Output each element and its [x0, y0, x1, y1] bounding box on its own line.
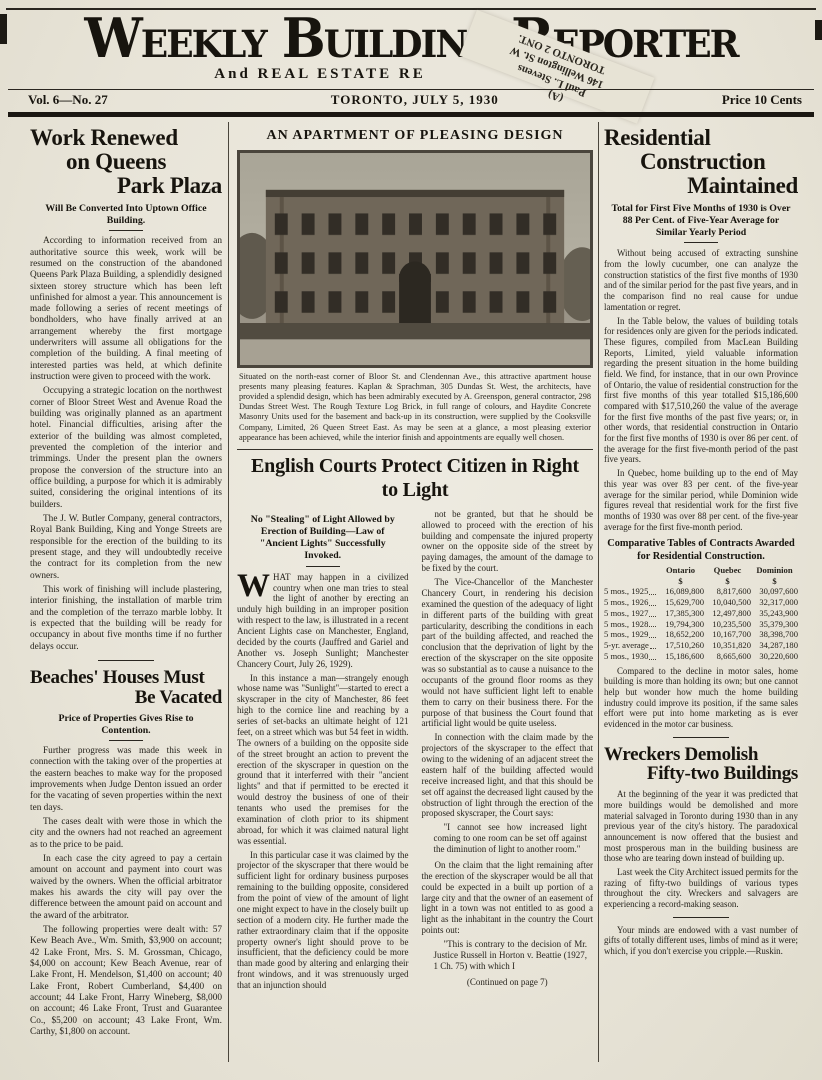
article-subhead: Price of Properties Gives Rise to Conten… — [36, 713, 216, 737]
paragraph: Further progress was made this week in c… — [30, 746, 222, 814]
subhead-rule — [109, 740, 143, 741]
paragraph: Compared to the decline in motor sales, … — [604, 666, 798, 730]
volume-number: Vol. 6—No. 27 — [28, 92, 108, 108]
table-row: 5 mos., 1928 19,794,300 10,235,500 35,37… — [604, 619, 798, 630]
price: Price 10 Cents — [722, 92, 802, 108]
table-row: 5 mos., 1925 16,089,800 8,817,600 30,097… — [604, 586, 798, 597]
paragraph: This work of finishing will include plas… — [30, 585, 222, 653]
left-column: Work Renewed on Queens Park Plaza Will B… — [30, 126, 222, 1080]
article-divider — [673, 737, 729, 738]
table-row: 5-yr. average 17,510,260 10,351,820 34,2… — [604, 640, 798, 651]
paragraph: Without being accused of extracting suns… — [604, 248, 798, 312]
article-beaches-houses: Beaches' Houses Must Be Vacated Price of… — [30, 668, 222, 1038]
column-rule-right — [598, 122, 599, 1062]
contracts-table: Ontario Quebec Dominion $ $ $ 5 mos., 19… — [604, 565, 798, 662]
subhead-rule — [684, 242, 718, 243]
column-rule-left — [228, 122, 229, 1062]
paragraph: In connection with the claim made by the… — [422, 732, 594, 819]
apartment-photo — [237, 150, 593, 368]
article-headline: Beaches' Houses Must Be Vacated — [30, 668, 222, 708]
article-subcolumn-2: not be granted, but that he should be al… — [422, 509, 594, 994]
paragraph: The following properties were dealt with… — [30, 925, 222, 1038]
dateline-rule — [8, 89, 814, 90]
quote-paragraph: "I cannot see how increased light coming… — [434, 822, 588, 855]
masthead-title: Weekly Building Reporter — [0, 6, 822, 70]
table-row: 5 mos., 1930 15,186,600 8,665,600 30,220… — [604, 651, 798, 662]
continued-notice: (Continued on page 7) — [422, 977, 594, 988]
column-header: Quebec — [704, 565, 751, 576]
paragraph: The cases dealt with were those in which… — [30, 817, 222, 851]
subhead-rule — [109, 230, 143, 231]
paragraph: In this instance a man—strangely enough … — [237, 673, 409, 847]
article-subhead: No "Stealing" of Light Allowed by Erecti… — [243, 514, 403, 563]
table-row: 5 mos., 1929 18,652,200 10,167,700 38,39… — [604, 629, 798, 640]
filler-quote: Your minds are endowed with a vast numbe… — [604, 925, 798, 957]
table-header-row: Ontario Quebec Dominion — [604, 565, 798, 576]
paragraph: According to information received from a… — [30, 236, 222, 383]
dateline: Vol. 6—No. 27 TORONTO, JULY 5, 1930 Pric… — [28, 92, 802, 108]
photo-feature: AN APARTMENT OF PLEASING DESIGN — [237, 128, 593, 443]
paragraph: Last week the City Architect issued perm… — [604, 867, 798, 910]
article-right-to-light: English Courts Protect Citizen in Right … — [237, 454, 593, 994]
article-headline: Residential Construction Maintained — [604, 126, 798, 198]
table-currency-row: $ $ $ — [604, 576, 798, 587]
article-subhead: Will Be Converted Into Uptown Office Bui… — [36, 203, 216, 227]
photo-headline: AN APARTMENT OF PLEASING DESIGN — [237, 128, 593, 144]
center-column: AN APARTMENT OF PLEASING DESIGN — [237, 126, 593, 1080]
paragraph-dropcap: WHAT may happen in a civilized country w… — [237, 572, 409, 670]
paragraph: In Quebec, home building up to the end o… — [604, 468, 798, 532]
subhead-rule — [306, 566, 340, 567]
article-headline: Work Renewed on Queens Park Plaza — [30, 126, 222, 198]
drop-cap: W — [237, 572, 273, 600]
column-header: Dominion — [751, 565, 798, 576]
table-row: 5 mos., 1926 15,629,700 10,040,500 32,31… — [604, 597, 798, 608]
article-subcolumn-1: No "Stealing" of Light Allowed by Erecti… — [237, 509, 409, 994]
masthead-bar — [8, 112, 814, 117]
issue-date: TORONTO, JULY 5, 1930 — [331, 92, 499, 108]
article-headline: English Courts Protect Citizen in Right … — [237, 454, 593, 502]
paragraph: not be granted, but that he should be al… — [422, 509, 594, 574]
article-queens-park-plaza: Work Renewed on Queens Park Plaza Will B… — [30, 126, 222, 653]
table-title: Comparative Tables of Contracts Awarded … — [604, 538, 798, 563]
paragraph: At the beginning of the year it was pred… — [604, 789, 798, 864]
paragraph: The Vice-Chancellor of the Manchester Ch… — [422, 577, 594, 729]
quote-paragraph: "This is contrary to the decision of Mr.… — [434, 939, 588, 972]
paragraph: Occupying a strategic location on the no… — [30, 386, 222, 511]
section-rule — [237, 449, 593, 450]
paragraph: In the Table below, the values of buildi… — [604, 316, 798, 466]
article-headline: Wreckers Demolish Fifty-two Buildings — [604, 745, 798, 785]
article-wreckers-demolish: Wreckers Demolish Fifty-two Buildings At… — [604, 745, 798, 910]
article-residential-construction: Residential Construction Maintained Tota… — [604, 126, 798, 730]
article-subhead: Total for First Five Months of 1930 is O… — [610, 203, 792, 240]
apartment-building-illustration — [240, 153, 590, 365]
paragraph: In each case the city agreed to pay a ce… — [30, 854, 222, 922]
article-divider — [98, 660, 154, 661]
right-column: Residential Construction Maintained Tota… — [604, 126, 798, 1080]
paragraph: In this particular case it was claimed b… — [237, 850, 409, 991]
filler-divider — [673, 917, 729, 918]
photo-caption: Situated on the north-east corner of Blo… — [239, 372, 591, 443]
table-row: 5 mos., 1927 17,385,300 12,497,800 35,24… — [604, 608, 798, 619]
paragraph: On the claim that the light remaining af… — [422, 860, 594, 936]
column-header: Ontario — [657, 565, 704, 576]
paragraph: The J. W. Butler Company, general contra… — [30, 514, 222, 582]
